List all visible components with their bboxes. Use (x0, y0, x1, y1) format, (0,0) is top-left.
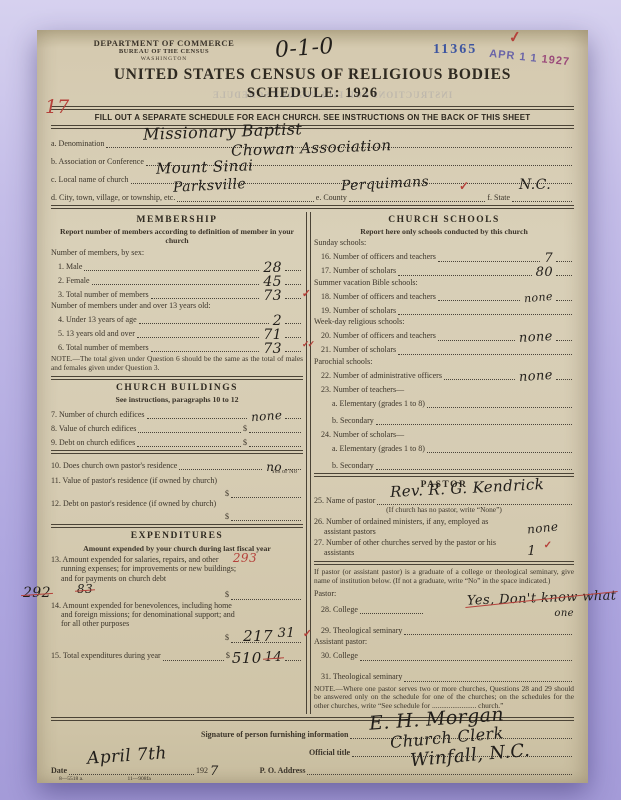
field-label: b. Association or Conference (51, 157, 144, 166)
question-label: a. Elementary (grades 1 to 8) (332, 444, 425, 453)
question-label: 20. Number of officers and teachers (321, 331, 436, 340)
question-27: 27. Number of other churches served by t… (314, 538, 574, 558)
dotted-line (427, 450, 572, 453)
question-label: 1. Male (58, 262, 82, 271)
question-label: 26. Number of ordained ministers, if any… (314, 517, 509, 536)
two-column-body: MEMBERSHIP Report number of members acco… (51, 212, 574, 714)
question-21: 21. Number of scholars (314, 342, 574, 355)
question-26: 26. Number of ordained ministers, if any… (314, 517, 574, 537)
dotted-line (349, 199, 485, 202)
handwritten-red-code: 0-1-0 (274, 34, 335, 64)
question-label: 19. Number of scholars (321, 306, 396, 315)
dotted-line (285, 349, 301, 352)
red-checkmark-stamp: ✓ (508, 29, 523, 48)
dotted-line (285, 335, 301, 338)
question-19: 19. Number of scholars (314, 302, 574, 315)
question-23: 23. Number of teachers— (314, 381, 574, 394)
dotted-line (249, 430, 301, 433)
dollar-sign: $ (243, 424, 247, 433)
dotted-line (139, 321, 269, 324)
dotted-line (285, 321, 301, 324)
divider (51, 524, 303, 528)
assistant-pastor-label: Assistant pastor: (314, 637, 574, 646)
question-label: 14. Amount expended for benevolences, in… (51, 601, 239, 629)
question-label: 27. Number of other churches served by t… (314, 538, 509, 557)
dotted-line (404, 679, 572, 682)
dotted-line (398, 352, 572, 355)
dotted-line (137, 444, 241, 447)
buildings-subtitle: See instructions, paragraphs 10 to 12 (51, 395, 303, 404)
dotted-line (398, 312, 572, 315)
question-30: 30. College (314, 648, 574, 661)
question-28: 28. College Yes, Don't know what one (314, 599, 574, 614)
handwritten-cents: 83 (77, 582, 93, 596)
dotted-line (360, 658, 572, 661)
handwritten-dollars: 510 (232, 653, 262, 663)
divider (51, 106, 574, 110)
question-label: 23. Number of teachers— (321, 385, 404, 394)
by-sex-label: Number of members, by sex: (51, 248, 303, 257)
bureau-name: BUREAU OF THE CENSUS (69, 48, 259, 56)
divider (51, 205, 574, 209)
dotted-line (231, 495, 301, 498)
form-number-1: 8—5518 a. (59, 776, 83, 782)
red-checkmark: ✓ (544, 540, 552, 552)
money-blank: $ (225, 590, 303, 599)
question-label: 3. Total number of members (58, 290, 149, 299)
question-1: 1. Male 28 (51, 258, 303, 271)
handwritten-value: none (526, 519, 559, 536)
question-11: 11. Value of pastor's residence (if owne… (51, 476, 303, 498)
date-address-row: Date 192 7 P. O. Address April 7th Winfa… (51, 760, 574, 775)
dollar-sign: $ (225, 633, 229, 642)
dollar-sign: $ (226, 651, 230, 660)
dotted-line (285, 658, 301, 661)
dotted-line (249, 444, 301, 447)
question-9: 9. Debt on church edifices $ (51, 434, 303, 447)
dollar-sign: $ (225, 590, 229, 599)
divider (51, 376, 303, 380)
question-24: 24. Number of scholars— (314, 426, 574, 439)
form-number-2: 11—908fa (127, 776, 150, 782)
signature-label: Signature of person furnishing informati… (201, 730, 348, 739)
expenditures-title: EXPENDITURES (51, 531, 303, 542)
printed-year: 192 (196, 766, 208, 775)
question-label: 9. Debt on church edifices (51, 438, 135, 447)
question-label: 11. Value of pastor's residence (if owne… (51, 476, 226, 485)
question-25: 25. Name of pastor Rev. R. G. Kendrick (314, 492, 574, 505)
dotted-line (360, 611, 423, 614)
handwritten-value: 1 (527, 544, 536, 559)
stamp-month: APR 1 1 (489, 48, 539, 65)
dotted-line (177, 199, 313, 202)
dollar-sign: $ (225, 512, 229, 521)
field-label: c. Local name of church (51, 175, 129, 184)
divider (51, 125, 574, 129)
summer-schools-label: Summer vacation Bible schools: (314, 278, 574, 287)
question-label: 6. Total number of members (58, 343, 149, 352)
schools-subtitle: Report here only schools conducted by th… (314, 227, 574, 236)
question-20: 20. Number of officers and teachers none (314, 328, 574, 341)
dotted-line (556, 273, 572, 276)
dotted-line (285, 296, 301, 299)
question-label: 25. Name of pastor (314, 496, 375, 505)
agency-block: DEPARTMENT OF COMMERCE BUREAU OF THE CEN… (69, 38, 259, 62)
question-6: 6. Total number of members 73 ✓✓ (51, 339, 303, 352)
question-label: 16. Number of officers and teachers (321, 252, 436, 261)
right-column: CHURCH SCHOOLS Report here only schools … (314, 212, 574, 714)
question-23a: a. Elementary (grades 1 to 8) (314, 395, 574, 408)
dotted-line (231, 597, 301, 600)
question-31: 31. Theological seminary (314, 669, 574, 682)
question-label: 29. Theological seminary (321, 626, 402, 635)
dotted-line (427, 405, 572, 408)
question-3: 3. Total number of members 73 ✓ (51, 286, 303, 299)
dotted-line (376, 467, 572, 470)
red-checkmark: ✓ (459, 179, 469, 193)
question-label: 12. Debt on pastor's residence (if owned… (51, 499, 226, 508)
schools-title: CHURCH SCHOOLS (314, 215, 574, 226)
question-10: 10. Does church own pastor's residence n… (51, 457, 303, 470)
pastor-hint: (If church has no pastor, write “None”) (314, 506, 574, 515)
question-label: 13. Amount expended for salaries, repair… (51, 555, 239, 583)
dotted-line (444, 377, 515, 380)
buildings-title: CHURCH BUILDINGS (51, 383, 303, 394)
dotted-line (151, 296, 260, 299)
red-double-checkmark: ✓✓ (302, 339, 313, 350)
question-24a: a. Elementary (grades 1 to 8) (314, 440, 574, 453)
question-label: 5. 13 years old and over (58, 329, 135, 338)
question-label: 30. College (321, 651, 358, 660)
dotted-line (179, 467, 262, 470)
question-label: 28. College (321, 605, 358, 614)
po-address-label: P. O. Address (260, 766, 306, 775)
question-8: 8. Value of church edifices $ (51, 420, 303, 433)
stamp-year: 1927 (541, 53, 571, 68)
dotted-line (285, 282, 301, 285)
dotted-line (137, 335, 260, 338)
question-13: 13. Amount expended for salaries, repair… (51, 555, 303, 600)
graduate-note: If pastor (or assistant pastor) is a gra… (314, 568, 574, 585)
money-blank: $ (225, 489, 303, 498)
question-23b: b. Secondary (314, 412, 574, 425)
divider (51, 450, 303, 454)
dotted-line (556, 259, 572, 262)
dotted-line (151, 349, 260, 352)
question-14: 14. Amount expended for benevolences, in… (51, 601, 303, 643)
expenditures-subtitle: Amount expended by your church during la… (51, 544, 303, 553)
handwritten-date: April 7th (86, 743, 167, 769)
red-correction-value: 293 (233, 551, 257, 565)
dotted-line (398, 273, 532, 276)
dotted-line (512, 199, 572, 202)
field-label: f. State (487, 193, 510, 202)
question-17: 17. Number of scholars 80 (314, 263, 574, 276)
red-checkmark: ✓ (303, 628, 312, 641)
question-label: 10. Does church own pastor's residence (51, 461, 177, 470)
form-title: UNITED STATES CENSUS OF RELIGIOUS BODIES (51, 66, 574, 84)
question-12: 12. Debt on pastor's residence (if owned… (51, 499, 303, 521)
question-label: 18. Number of officers and teachers (321, 292, 436, 301)
question-label: 24. Number of scholars— (321, 430, 404, 439)
field-label: d. City, town, village, or township, etc… (51, 193, 175, 202)
handwritten-dollars: 217 (243, 628, 273, 646)
dotted-line (376, 422, 572, 425)
dotted-line (307, 772, 572, 775)
schedule-number-stamp: 11365 (433, 42, 477, 59)
question-label: 31. Theological seminary (321, 672, 402, 681)
handwritten-value: 80 (536, 268, 553, 278)
dollar-sign: $ (225, 489, 229, 498)
date-label: Date (51, 766, 67, 775)
handwritten-value: 73 (263, 344, 282, 354)
handwritten-value: 73 (263, 291, 282, 301)
question-2: 2. Female 45 (51, 272, 303, 285)
dotted-line (404, 632, 572, 635)
question-18: 18. Number of officers and teachers none (314, 288, 574, 301)
question-16: 16. Number of officers and teachers 7 (314, 249, 574, 262)
question-label: 2. Female (58, 276, 90, 285)
field-association: b. Association or Conference Chowan Asso… (51, 150, 574, 166)
question-5: 5. 13 years old and over 71 (51, 325, 303, 338)
handwritten-dollars: 292 (23, 585, 51, 601)
divider (314, 561, 574, 565)
red-checkmark: ✓ (302, 288, 311, 301)
question-label: 22. Number of administrative officers (321, 371, 442, 380)
handwritten-year-digit: 7 (210, 767, 219, 777)
form-number-row: 8—5518 a. 11—908fa (51, 776, 574, 782)
question-label: b. Secondary (332, 461, 374, 470)
dotted-line (84, 268, 259, 271)
question-29: 29. Theological seminary (314, 622, 574, 635)
dotted-line (138, 430, 241, 433)
question-label: a. Elementary (grades 1 to 8) (332, 399, 425, 408)
census-form-paper: INSTRUCTIONS FOR FILLING OUT SCHEDULE DE… (37, 30, 588, 783)
dotted-line (147, 416, 247, 419)
question-label: 21. Number of scholars (321, 345, 396, 354)
dotted-line (438, 338, 515, 341)
question-label: 7. Number of church edifices (51, 410, 145, 419)
question-4: 4. Under 13 years of age 2 (51, 311, 303, 324)
membership-subtitle: Report number of members according to de… (51, 227, 303, 245)
handwritten-county: Perquimans (341, 174, 430, 195)
dotted-line (438, 259, 540, 262)
dotted-line (69, 772, 194, 775)
question-label: 17. Number of scholars (321, 266, 396, 275)
weekday-schools-label: Week-day religious schools: (314, 317, 574, 326)
handwritten-church-name: Mount Sinai (156, 157, 254, 178)
membership-note: NOTE.—The total given under Question 6 s… (51, 355, 303, 372)
sunday-schools-label: Sunday schools: (314, 238, 574, 247)
dotted-line (377, 502, 572, 505)
bleed-through-ghost-text: INSTRUCTIONS FOR FILLING OUT SCHEDULE (167, 90, 497, 101)
agency-city: WASHINGTON (69, 56, 259, 62)
handwritten-cents: 31 (278, 626, 295, 641)
question-label: b. Secondary (332, 416, 374, 425)
yes-or-no-hint: Yes or No (271, 468, 297, 476)
handwritten-cents: 14 (265, 653, 282, 663)
question-24b: b. Secondary (314, 457, 574, 470)
instruction-banner: FILL OUT A SEPARATE SCHEDULE FOR EACH CH… (51, 113, 574, 122)
membership-title: MEMBERSHIP (51, 215, 303, 226)
field-church-name: c. Local name of church Mount Sinai (51, 168, 574, 184)
question-7: 7. Number of church edifices none (51, 406, 303, 419)
official-title-label: Official title (309, 748, 350, 757)
margin-annotation-number: 17 (45, 96, 69, 118)
question-22: 22. Number of administrative officers no… (314, 367, 574, 380)
dotted-line (556, 298, 572, 301)
dotted-line (556, 377, 572, 380)
dotted-line (92, 282, 260, 285)
dotted-line (438, 298, 520, 301)
handwritten-state: N.C. (519, 177, 551, 194)
question-label: 4. Under 13 years of age (58, 315, 137, 324)
money-blank: $ (225, 512, 303, 521)
left-column: MEMBERSHIP Report number of members acco… (51, 212, 303, 714)
field-label: a. Denomination (51, 139, 104, 148)
dotted-line (285, 416, 301, 419)
dollar-sign: $ (243, 438, 247, 447)
question-label: 8. Value of church edifices (51, 424, 136, 433)
field-city-county-state: d. City, town, village, or township, etc… (51, 186, 574, 202)
handwritten-college-answer-2: one (554, 608, 574, 620)
dotted-line (285, 268, 301, 271)
department-name: DEPARTMENT OF COMMERCE (69, 38, 259, 48)
parochial-schools-label: Parochial schools: (314, 357, 574, 366)
handwritten-association: Chowan Association (231, 137, 392, 160)
dotted-line (231, 518, 301, 521)
dotted-line (556, 338, 572, 341)
dotted-line (163, 658, 224, 661)
question-15: 15. Total expenditures during year $ 510… (51, 648, 303, 661)
handwritten-city: Parksville (173, 176, 247, 196)
question-label: 15. Total expenditures during year (51, 651, 161, 660)
